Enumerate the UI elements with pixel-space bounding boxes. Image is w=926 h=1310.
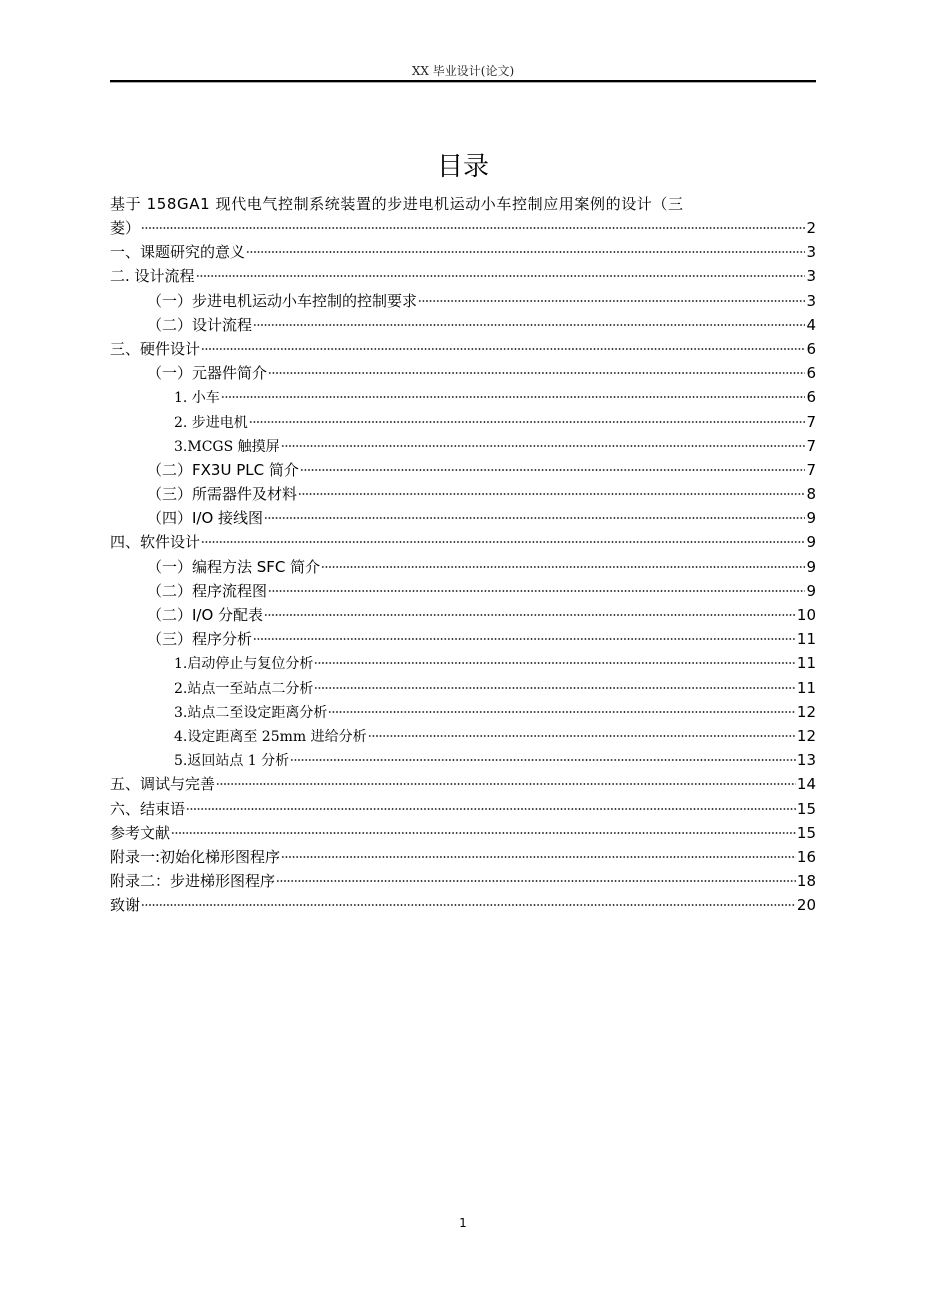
toc-page-number: 14 [797, 772, 816, 796]
toc-entry-label: （一）编程方法 SFC 简介 [147, 555, 320, 579]
page-number: 1 [0, 1216, 926, 1230]
toc-page-number: 16 [797, 845, 816, 869]
toc-page-number: 15 [797, 821, 816, 845]
toc-entry-title-line[interactable]: 基于 158GA1 现代电气控制系统装置的步进电机运动小车控制应用案例的设计（三 [110, 193, 816, 216]
toc-entry-label: （四）I/O 接线图 [147, 506, 263, 530]
toc-page-number: 7 [806, 434, 816, 458]
toc-entry[interactable]: 3.MCGS 触摸屏 7 [110, 434, 816, 458]
toc-entry[interactable]: （二）FX3U PLC 简介 7 [110, 458, 816, 482]
toc-entry-label: 3.站点二至设定距离分析 [174, 701, 327, 725]
toc-entry-label: 五、调试与完善 [110, 772, 215, 796]
toc-entry[interactable]: （二）程序流程图 9 [110, 579, 816, 603]
toc-page-number: 9 [806, 555, 816, 579]
toc-page-number: 4 [806, 313, 816, 337]
dot-leader [368, 734, 796, 738]
toc-page-number: 9 [806, 530, 816, 554]
toc-entry-label: （三）程序分析 [147, 627, 252, 651]
toc-entry-label: 5.返回站点 1 分析 [174, 749, 289, 773]
toc-entry[interactable]: 五、调试与完善 14 [110, 772, 816, 796]
dot-leader [321, 565, 805, 569]
toc-entry[interactable]: 3.站点二至设定距离分析 12 [110, 700, 816, 724]
dot-leader [246, 250, 805, 254]
toc-entry-label: 附录一:初始化梯形图程序 [110, 845, 280, 869]
toc-entry-label: （三）所需器件及材料 [147, 482, 297, 506]
dot-leader [141, 903, 796, 907]
dot-leader [290, 758, 796, 762]
toc-entry[interactable]: 三、硬件设计 6 [110, 337, 816, 361]
toc-entry[interactable]: 1. 小车 6 [110, 385, 816, 409]
toc-entry-label: 六、结束语 [110, 797, 185, 821]
toc-entry-label: （二）设计流程 [147, 313, 252, 337]
toc-entry-label: 二. 设计流程 [110, 264, 195, 288]
toc-entry[interactable]: 5.返回站点 1 分析 13 [110, 748, 816, 772]
toc-entry-label: （一）元器件简介 [147, 361, 267, 385]
toc-page-number: 9 [806, 506, 816, 530]
toc-entry-label: 1. 小车 [174, 386, 220, 410]
dot-leader [281, 855, 796, 859]
toc-entry[interactable]: 附录二：步进梯形图程序 18 [110, 869, 816, 893]
toc-page-number: 12 [797, 724, 816, 748]
toc-page-number: 3 [806, 289, 816, 313]
toc-entry-label: 4.设定距离至 25mm 进给分析 [174, 725, 367, 749]
toc-entry-label: 基于 158GA1 现代电气控制系统装置的步进电机运动小车控制应用案例的设计（三 [110, 195, 684, 213]
toc-page-number: 3 [806, 264, 816, 288]
toc-page-number: 2 [806, 216, 816, 240]
running-header: XX 毕业设计(论文) [0, 64, 926, 78]
toc-entry-label: 2.站点一至站点二分析 [174, 677, 313, 701]
toc-entry[interactable]: （四）I/O 接线图 9 [110, 506, 816, 530]
toc-entry-label: 菱） [110, 216, 140, 240]
toc-entry[interactable]: 1.启动停止与复位分析 11 [110, 651, 816, 675]
dot-leader [264, 516, 805, 520]
dot-leader [216, 782, 796, 786]
toc-entry-label: （二）FX3U PLC 简介 [147, 458, 299, 482]
table-of-contents: 基于 158GA1 现代电气控制系统装置的步进电机运动小车控制应用案例的设计（三… [110, 193, 816, 917]
toc-entry-label: 四、软件设计 [110, 530, 200, 554]
toc-entry[interactable]: 一、课题研究的意义 3 [110, 240, 816, 264]
toc-page-number: 11 [797, 651, 816, 675]
toc-page-number: 7 [806, 410, 816, 434]
dot-leader [281, 444, 806, 448]
toc-entry-label: （二）I/O 分配表 [147, 603, 263, 627]
toc-entry-label: 一、课题研究的意义 [110, 240, 245, 264]
toc-entry[interactable]: （三）程序分析 11 [110, 627, 816, 651]
toc-entry-label: （二）程序流程图 [147, 579, 267, 603]
toc-entry[interactable]: 附录一:初始化梯形图程序 16 [110, 845, 816, 869]
toc-entry[interactable]: 四、软件设计 9 [110, 530, 816, 554]
document-page: XX 毕业设计(论文) 目录 基于 158GA1 现代电气控制系统装置的步进电机… [0, 0, 926, 1310]
dot-leader [300, 468, 806, 472]
dot-leader [171, 831, 796, 835]
dot-leader [268, 589, 805, 593]
toc-entry[interactable]: （一）步进电机运动小车控制的控制要求 3 [110, 289, 816, 313]
dot-leader [221, 395, 806, 399]
dot-leader [328, 710, 796, 714]
toc-page-number: 6 [806, 337, 816, 361]
dot-leader [268, 371, 805, 375]
dot-leader [141, 226, 805, 230]
dot-leader [201, 540, 805, 544]
toc-entry[interactable]: （三）所需器件及材料 8 [110, 482, 816, 506]
dot-leader [418, 299, 805, 303]
dot-leader [249, 420, 806, 424]
toc-page-number: 18 [797, 869, 816, 893]
toc-page-number: 3 [806, 240, 816, 264]
toc-entry-label: 三、硬件设计 [110, 337, 200, 361]
toc-entry[interactable]: （一）元器件简介 6 [110, 361, 816, 385]
toc-entry[interactable]: （二）I/O 分配表 10 [110, 603, 816, 627]
toc-entry[interactable]: （一）编程方法 SFC 简介 9 [110, 555, 816, 579]
dot-leader [276, 879, 796, 883]
toc-entry[interactable]: 六、结束语 15 [110, 797, 816, 821]
dot-leader [314, 661, 796, 665]
toc-page-number: 8 [806, 482, 816, 506]
toc-page-number: 20 [797, 893, 816, 917]
toc-page-number: 12 [797, 700, 816, 724]
toc-page-number: 10 [797, 603, 816, 627]
toc-page-number: 11 [797, 676, 816, 700]
toc-page-number: 9 [806, 579, 816, 603]
toc-entry-label: 参考文献 [110, 821, 170, 845]
toc-page-number: 7 [806, 458, 816, 482]
dot-leader [253, 323, 805, 327]
toc-page-number: 13 [797, 748, 816, 772]
toc-entry[interactable]: 致谢 20 [110, 893, 816, 917]
toc-entry-label: 致谢 [110, 893, 140, 917]
dot-leader [314, 686, 796, 690]
toc-entry-label: 2. 步进电机 [174, 411, 248, 435]
toc-page-number: 6 [806, 361, 816, 385]
dot-leader [201, 347, 805, 351]
toc-entry-title[interactable]: 菱） 2 [110, 216, 816, 240]
toc-entry-label: 3.MCGS 触摸屏 [174, 435, 280, 459]
toc-entry-label: 附录二：步进梯形图程序 [110, 869, 275, 893]
header-divider [110, 80, 816, 82]
toc-entry-label: 1.启动停止与复位分析 [174, 652, 313, 676]
dot-leader [186, 807, 796, 811]
toc-page-number: 11 [797, 627, 816, 651]
toc-entry[interactable]: 4.设定距离至 25mm 进给分析 12 [110, 724, 816, 748]
dot-leader [253, 637, 796, 641]
toc-entry[interactable]: （二）设计流程 4 [110, 313, 816, 337]
toc-entry[interactable]: 二. 设计流程 3 [110, 264, 816, 288]
toc-entry[interactable]: 2.站点一至站点二分析 11 [110, 676, 816, 700]
toc-entry-label: （一）步进电机运动小车控制的控制要求 [147, 289, 417, 313]
toc-entry[interactable]: 参考文献 15 [110, 821, 816, 845]
toc-title: 目录 [0, 150, 926, 184]
toc-entry[interactable]: 2. 步进电机 7 [110, 410, 816, 434]
toc-page-number: 6 [806, 385, 816, 409]
dot-leader [298, 492, 805, 496]
toc-page-number: 15 [797, 797, 816, 821]
dot-leader [264, 613, 796, 617]
dot-leader [196, 274, 806, 278]
